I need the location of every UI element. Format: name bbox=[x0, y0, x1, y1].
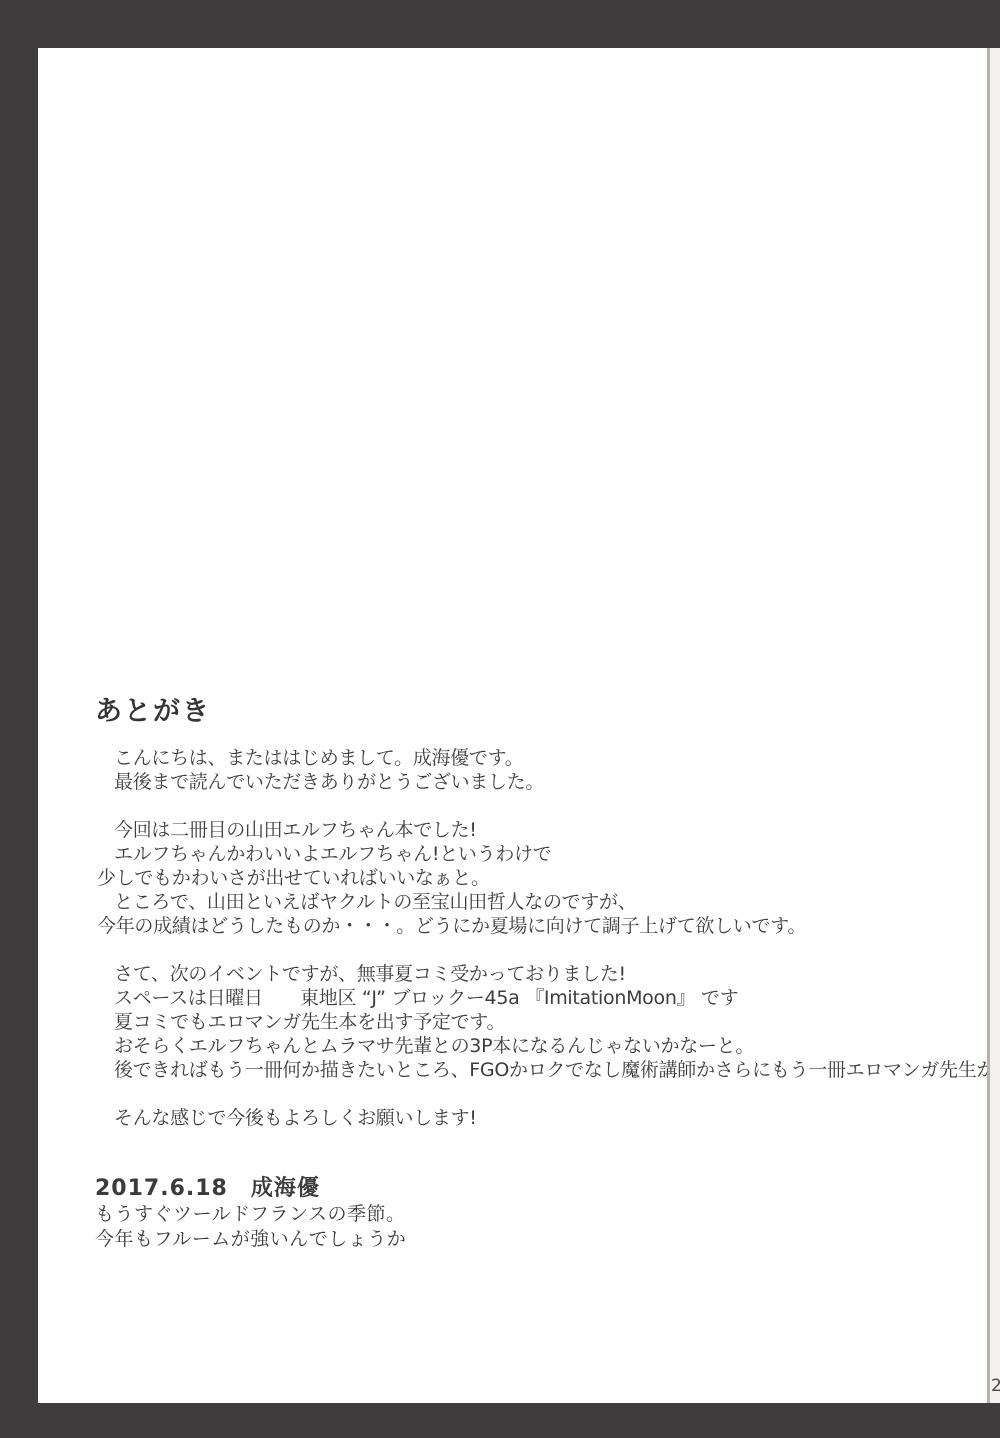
afterword-title: あとがき bbox=[95, 689, 211, 728]
body-line-blank bbox=[97, 1082, 982, 1106]
next-page-edge: 2 bbox=[990, 48, 1000, 1403]
body-line: こんにちは、またははじめまして。成海優です。 bbox=[97, 746, 982, 770]
body-line: スペースは日曜日 東地区 “J” ブロックー45a 『ImitationMoon… bbox=[97, 986, 982, 1010]
scan-background: あとがき こんにちは、またははじめまして。成海優です。 最後まで読んでいただきあ… bbox=[0, 0, 1000, 1438]
body-line: さて、次のイベントですが、無事夏コミ受かっておりました! bbox=[97, 962, 982, 986]
body-line-blank bbox=[97, 794, 982, 818]
body-line: 夏コミでもエロマンガ先生本を出す予定です。 bbox=[97, 1010, 982, 1034]
body-line: エルフちゃんかわいいよエルフちゃん!というわけで bbox=[97, 842, 982, 866]
body-line: 今回は二冊目の山田エルフちゃん本でした! bbox=[97, 818, 982, 842]
body-line: 今年の成績はどうしたものか・・・。どうにか夏場に向けて調子上げて欲しいです。 bbox=[97, 914, 982, 938]
body-line: ところで、山田といえばヤクルトの至宝山田哲人なのですが、 bbox=[97, 890, 982, 914]
date-author-line: 2017.6.18 成海優 bbox=[95, 1175, 406, 1202]
signature-block: 2017.6.18 成海優 もうすぐツールドフランスの季節。 今年もフルームが強… bbox=[95, 1175, 406, 1252]
body-line: おそらくエルフちゃんとムラマサ先輩との3P本になるんじゃないかなーと。 bbox=[97, 1034, 982, 1058]
body-line: 少しでもかわいさが出せていればいいなぁと。 bbox=[97, 866, 982, 890]
afterword-body: こんにちは、またははじめまして。成海優です。 最後まで読んでいただきありがとうご… bbox=[97, 746, 982, 1130]
body-line-blank bbox=[97, 938, 982, 962]
body-line: 最後まで読んでいただきありがとうございました。 bbox=[97, 770, 982, 794]
body-line: そんな感じで今後もよろしくお願いします! bbox=[97, 1106, 982, 1130]
body-line: 後できればもう一冊何か描きたいところ、FGOかロクでなし魔術講師かさらにもう一冊… bbox=[97, 1058, 982, 1082]
page-number-partial: 2 bbox=[991, 1376, 1000, 1396]
paper-page: あとがき こんにちは、またははじめまして。成海優です。 最後まで読んでいただきあ… bbox=[38, 48, 987, 1403]
ps-line: もうすぐツールドフランスの季節。 bbox=[95, 1202, 406, 1227]
ps-line: 今年もフルームが強いんでしょうか bbox=[95, 1227, 406, 1252]
